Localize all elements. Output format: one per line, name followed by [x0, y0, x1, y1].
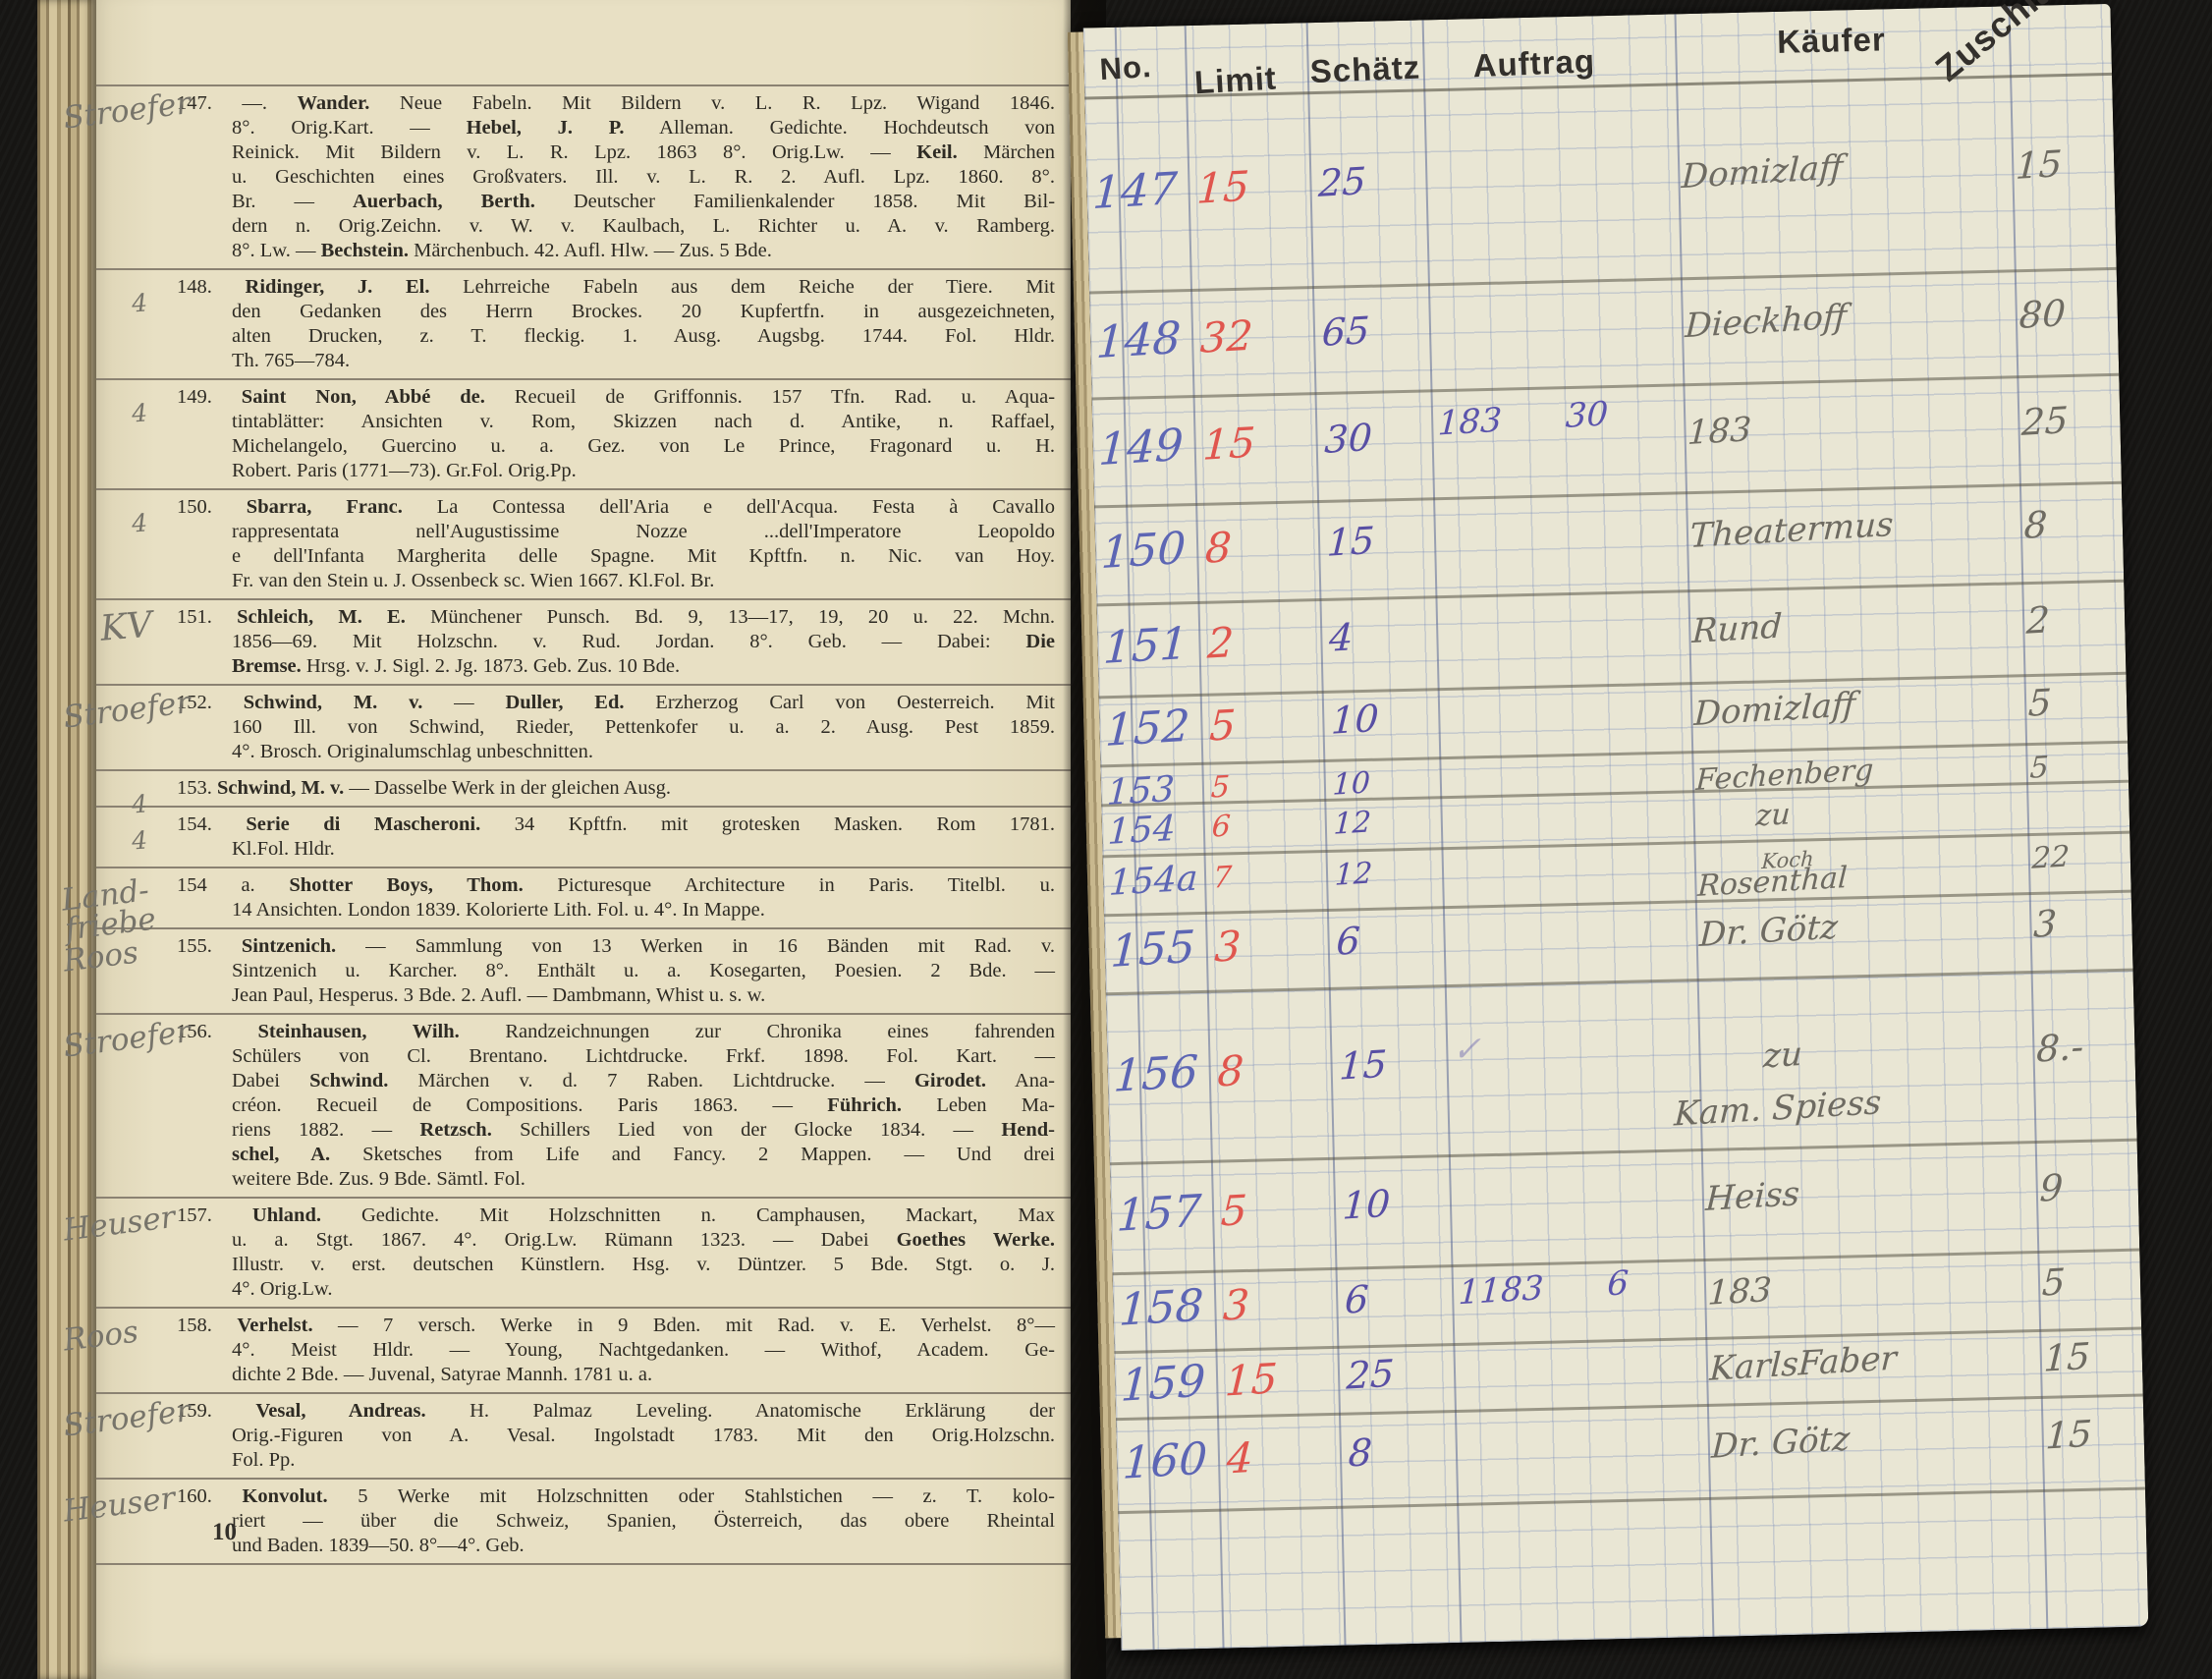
entry-text-line: schel, A. Sketsches from Life and Fancy.… [232, 1143, 1055, 1167]
kaeufer-name: Rund [1691, 592, 2024, 651]
entry-text-line: 147. —. Wander. Neue Fabeln. Mit Bildern… [232, 91, 1055, 116]
entry-text-line: 160 Ill. von Schwind, Rieder, Pettenkofe… [232, 715, 1055, 740]
limit-value: 3 [1222, 1275, 1332, 1329]
kaeufer-name: Domizlaff [1681, 138, 2014, 196]
entry-text-line: u. Geschichten eines Großvaters. Ill. v.… [232, 165, 1055, 190]
kaeufer-name: Domizlaff [1693, 675, 2026, 734]
limit-value: 2 [1206, 613, 1316, 667]
entry-text-line: 160. Konvolut. 5 Werke mit Holzschnitten… [232, 1484, 1055, 1509]
entry-text-line: 148. Ridinger, J. El. Lehrreiche Fabeln … [232, 275, 1055, 300]
entry-text-line: créon. Recueil de Compositions. Paris 18… [232, 1093, 1055, 1118]
limit-value: 5 [1220, 1181, 1330, 1235]
lot-number-handwritten: 158 [1118, 1278, 1215, 1336]
zuschlag-value: 2 [2025, 594, 2122, 643]
kaeufer-name: Dr. Götz [1710, 1408, 2043, 1467]
zuschlag-value: 9 [2039, 1162, 2135, 1210]
zuschlag-value: 15 [2045, 1410, 2141, 1458]
schaetz-value: 10 [1332, 761, 1444, 803]
kaeufer-name: zuKam. Spiess [1701, 1021, 2036, 1133]
limit-value: 4 [1226, 1428, 1336, 1483]
entry-text-line: Dabei Schwind. Märchen v. d. 7 Raben. Li… [232, 1069, 1055, 1093]
schaetz-value: 6 [1344, 1272, 1456, 1322]
lot-number-handwritten: 150 [1100, 521, 1197, 579]
ledger-page: No. Limit Schätz Auftrag Käufer Zuschlag… [1083, 4, 2149, 1651]
header-auftrag: Auftrag [1472, 42, 1596, 84]
entry-text-line: Michelangelo, Guercino u. a. Gez. von Le… [232, 434, 1055, 459]
limit-value: 3 [1213, 917, 1323, 971]
page-number: 10 [212, 1519, 237, 1546]
kaeufer-name: Dieckhoff [1685, 287, 2018, 346]
auftrag-value: ✓ [1452, 1017, 1697, 1071]
entry-text-line: Illustr. v. erst. deutschen Künstlern. H… [232, 1253, 1055, 1277]
entry-text-line: riert — über die Schweiz, Spanien, Öster… [232, 1509, 1055, 1534]
lot-number-handwritten: 155 [1109, 920, 1206, 978]
lot-number-handwritten: 152 [1104, 699, 1201, 756]
entry-text-line: 4°. Orig.Lw. [232, 1277, 1055, 1302]
scanned-auction-catalog-spread: { "document": { "description_left": "pri… [0, 0, 2212, 1679]
entry-text-line: Bremse. Hrsg. v. J. Sigl. 2. Jg. 1873. G… [232, 654, 1055, 679]
zuschlag-value: 15 [2043, 1332, 2139, 1380]
entry-text-line: rappresentata nell'Augustissime Nozze ..… [232, 520, 1055, 544]
catalog-entry-154: 4154. Serie di Mascheroni. 34 Kpftfn. mi… [96, 808, 1071, 868]
catalog-entry-150: 4150. Sbarra, Franc. La Contessa dell'Ar… [96, 490, 1071, 600]
lot-number-handwritten: 156 [1112, 1044, 1209, 1102]
auftrag-value: 1183 6 [1458, 1259, 1703, 1314]
entry-text-line: 8°. Lw. — Bechstein. Märchenbuch. 42. Au… [232, 239, 1055, 263]
catalog-entry-152: Stroefer152. Schwind, M. v. — Duller, Ed… [96, 686, 1071, 771]
entry-text-line: 157. Uhland. Gedichte. Mit Holzschnitten… [232, 1203, 1055, 1228]
ledger-rows: 1471525Domizlaff151483265Dieckhoff801491… [1084, 77, 2145, 1514]
entry-text-line: riens 1882. — Retzsch. Schillers Lied vo… [232, 1118, 1055, 1143]
zuschlag-value: 15 [2015, 140, 2111, 188]
header-no: No. [1099, 49, 1153, 87]
entry-text-line: 1856—69. Mit Holzschn. v. Rud. Jordan. 8… [232, 630, 1055, 654]
entry-text-line: Fr. van den Stein u. J. Ossenbeck sc. Wi… [232, 569, 1055, 593]
header-schaetz: Schätz [1309, 49, 1421, 91]
entry-text-line: u. a. Stgt. 1867. 4°. Orig.Lw. Rümann 13… [232, 1228, 1055, 1253]
entry-text-line: alten Drucken, z. T. fleckig. 1. Ausg. A… [232, 324, 1055, 349]
kaeufer-name: KochRosenthal [1697, 834, 2030, 904]
catalog-entry-159: Roos158. Verhelst. — 7 versch. Werke in … [96, 1309, 1071, 1394]
limit-value: 15 [1195, 158, 1305, 212]
kaeufer-second-line: Kam. Spiess [1673, 1074, 2033, 1134]
catalog-entry-147: Stroefer147. —. Wander. Neue Fabeln. Mit… [96, 86, 1071, 270]
lot-number-handwritten: 160 [1122, 1431, 1219, 1489]
zuschlag-value: 8.- [2035, 1023, 2131, 1071]
entry-text-line: und Baden. 1839—50. 8°—4°. Geb. [232, 1534, 1055, 1558]
entry-text-line: Reinick. Mit Bildern v. L. R. Lpz. 1863 … [232, 140, 1055, 165]
header-limit: Limit [1193, 59, 1278, 101]
entry-text-line: weitere Bde. Zus. 9 Bde. Sämtl. Fol. [232, 1167, 1055, 1192]
entry-text-line: 4°. Brosch. Originalumschlag unbeschnitt… [232, 740, 1055, 764]
lot-number-handwritten: 147 [1091, 161, 1189, 219]
zuschlag-value: 22 [2031, 836, 2128, 876]
limit-value: 8 [1216, 1041, 1326, 1095]
entry-text-line: Br. — Auerbach, Berth. Deutscher Familie… [232, 190, 1055, 214]
schaetz-value: 65 [1321, 305, 1433, 355]
limit-value: 5 [1208, 696, 1318, 750]
catalog-entry-160: Stroefer159. Vesal, Andreas. H. Palmaz L… [96, 1394, 1071, 1480]
catalog-entry-155: Land- friebe154 a. Shotter Boys, Thom. P… [96, 868, 1071, 929]
limit-value: 15 [1224, 1351, 1334, 1405]
entry-text-line: Th. 765—784. [232, 349, 1055, 373]
entry-text-line: 152. Schwind, M. v. — Duller, Ed. Erzher… [232, 691, 1055, 715]
entry-text-line: 153. Schwind, M. v. — Dasselbe Werk in d… [232, 776, 1055, 801]
schaetz-value: 15 [1338, 1038, 1450, 1089]
kaeufer-name: zu [1696, 783, 2028, 837]
entry-text-line: den Gedanken des Herrn Brockes. 20 Kupfe… [232, 300, 1055, 324]
lot-number-handwritten: 148 [1095, 310, 1192, 368]
lot-number-handwritten: 159 [1120, 1354, 1217, 1412]
schaetz-value: 15 [1326, 515, 1438, 565]
entry-text-line: Fol. Pp. [232, 1448, 1055, 1473]
catalog-entry-158: Heuser157. Uhland. Gedichte. Mit Holzsch… [96, 1199, 1071, 1309]
entry-text-line: 4°. Meist Hldr. — Young, Nachtgedanken. … [232, 1338, 1055, 1363]
entry-text-line: 8°. Orig.Kart. — Hebel, J. P. Alleman. G… [232, 116, 1055, 140]
schaetz-value: 10 [1342, 1178, 1454, 1228]
schaetz-value: 4 [1328, 610, 1440, 660]
catalog-entry-149: 4149. Saint Non, Abbé de. Recueil de Gri… [96, 380, 1071, 490]
zuschlag-value: 5 [2041, 1257, 2137, 1305]
kaeufer-name: KarlsFaber [1709, 1330, 2042, 1389]
catalog-entry-153: 4153. Schwind, M. v. — Dasselbe Werk in … [96, 771, 1071, 808]
entry-text-line: 155. Sintzenich. — Sammlung von 13 Werke… [232, 934, 1055, 959]
catalog-entry-157: Stroefer156. Steinhausen, Wilh. Randzeic… [96, 1015, 1071, 1199]
entry-text-line: tintablätter: Ansichten v. Rom, Skizzen … [232, 410, 1055, 434]
catalog-entries: Stroefer147. —. Wander. Neue Fabeln. Mit… [96, 84, 1071, 1565]
catalog-entry-161: Heuser160. Konvolut. 5 Werke mit Holzsch… [96, 1480, 1071, 1565]
limit-value: 7 [1212, 855, 1322, 895]
entry-text-line: 149. Saint Non, Abbé de. Recueil de Grif… [232, 385, 1055, 410]
catalog-entry-151: KV151. Schleich, M. E. Münchener Punsch.… [96, 600, 1071, 686]
schaetz-value: 25 [1346, 1348, 1458, 1398]
lot-number-handwritten: 157 [1116, 1184, 1213, 1242]
limit-value: 32 [1199, 308, 1309, 362]
zuschlag-value: 25 [2020, 396, 2117, 444]
entry-text-line: Robert. Paris (1771—73). Gr.Fol. Orig.Pp… [232, 459, 1055, 483]
schaetz-value: 12 [1334, 852, 1446, 893]
lot-number-handwritten: 154a [1108, 858, 1204, 904]
kaeufer-name: 183 [1707, 1255, 2040, 1314]
kaeufer-name: 183 [1687, 394, 2019, 453]
catalog-page: Stroefer147. —. Wander. Neue Fabeln. Mit… [96, 0, 1071, 1679]
zuschlag-value: 3 [2032, 898, 2129, 946]
schaetz-value: 30 [1323, 412, 1435, 462]
schaetz-value: 6 [1335, 914, 1447, 964]
lot-number-handwritten: 149 [1097, 418, 1194, 476]
entry-text-line: dichte 2 Bde. — Juvenal, Satyrae Mannh. … [232, 1363, 1055, 1387]
entry-text-line: 150. Sbarra, Franc. La Contessa dell'Ari… [232, 495, 1055, 520]
entry-text-line: Kl.Fol. Hldr. [232, 837, 1055, 862]
limit-value: 15 [1201, 415, 1311, 469]
kaeufer-name: Theatermus [1689, 497, 2022, 556]
entry-text-line: 158. Verhelst. — 7 versch. Werke in 9 Bd… [232, 1314, 1055, 1338]
zuschlag-value: 80 [2018, 289, 2115, 337]
lot-number-handwritten: 154 [1107, 807, 1203, 853]
limit-value: 8 [1204, 518, 1314, 572]
entry-text-line: 151. Schleich, M. E. Münchener Punsch. B… [232, 605, 1055, 630]
header-zuschlag: Zuschlag [1928, 0, 2080, 89]
zuschlag-value: 5 [2027, 677, 2124, 725]
entry-text-line: Sintzenich u. Karcher. 8°. Enthält u. a.… [232, 959, 1055, 983]
ledger-row-147: 1471525Domizlaff15 [1084, 77, 2116, 295]
entry-text-line: 154. Serie di Mascheroni. 34 Kpftfn. mit… [232, 812, 1055, 837]
entry-text-line: Jean Paul, Hesperus. 3 Bde. 2. Aufl. — D… [232, 983, 1055, 1008]
schaetz-value: 8 [1348, 1426, 1460, 1476]
entry-text-line: 156. Steinhausen, Wilh. Randzeichnungen … [232, 1020, 1055, 1044]
entry-text-line: 159. Vesal, Andreas. H. Palmaz Leveling.… [232, 1399, 1055, 1424]
entry-text-line: e dell'Infanta Margherita delle Spagne. … [232, 544, 1055, 569]
entry-text-line: Schülers von Cl. Brentano. Lichtdrucke. … [232, 1044, 1055, 1069]
entry-text-line: 14 Ansichten. London 1839. Kolorierte Li… [232, 898, 1055, 923]
entry-text-line: dern n. Orig.Zeichn. v. W. v. Kaulbach, … [232, 214, 1055, 239]
lot-number-handwritten: 151 [1102, 616, 1199, 674]
schaetz-value: 10 [1330, 693, 1442, 743]
entry-text-line: Orig.-Figuren von A. Vesal. Ingolstadt 1… [232, 1424, 1055, 1448]
limit-value: 5 [1210, 764, 1320, 805]
entry-text-line: 154 a. Shotter Boys, Thom. Picturesque A… [232, 873, 1055, 898]
catalog-entry-148: 4148. Ridinger, J. El. Lehrreiche Fabeln… [96, 270, 1071, 380]
zuschlag-value: 8 [2023, 499, 2120, 547]
schaetz-value: 25 [1317, 155, 1429, 205]
zuschlag-value: 5 [2029, 746, 2126, 786]
schaetz-value: 12 [1333, 801, 1445, 842]
catalog-entry-156: Roos155. Sintzenich. — Sammlung von 13 W… [96, 929, 1071, 1015]
kaeufer-name: Dr. Götz [1698, 896, 2031, 955]
limit-value: 6 [1211, 804, 1321, 844]
header-kaeufer: Käufer [1777, 21, 1886, 61]
auftrag-value: 183 30 [1437, 390, 1683, 444]
kaeufer-name: Heiss [1705, 1160, 2038, 1219]
ledger-row-156: 156815✓zuKam. Spiess8.- [1106, 972, 2137, 1166]
